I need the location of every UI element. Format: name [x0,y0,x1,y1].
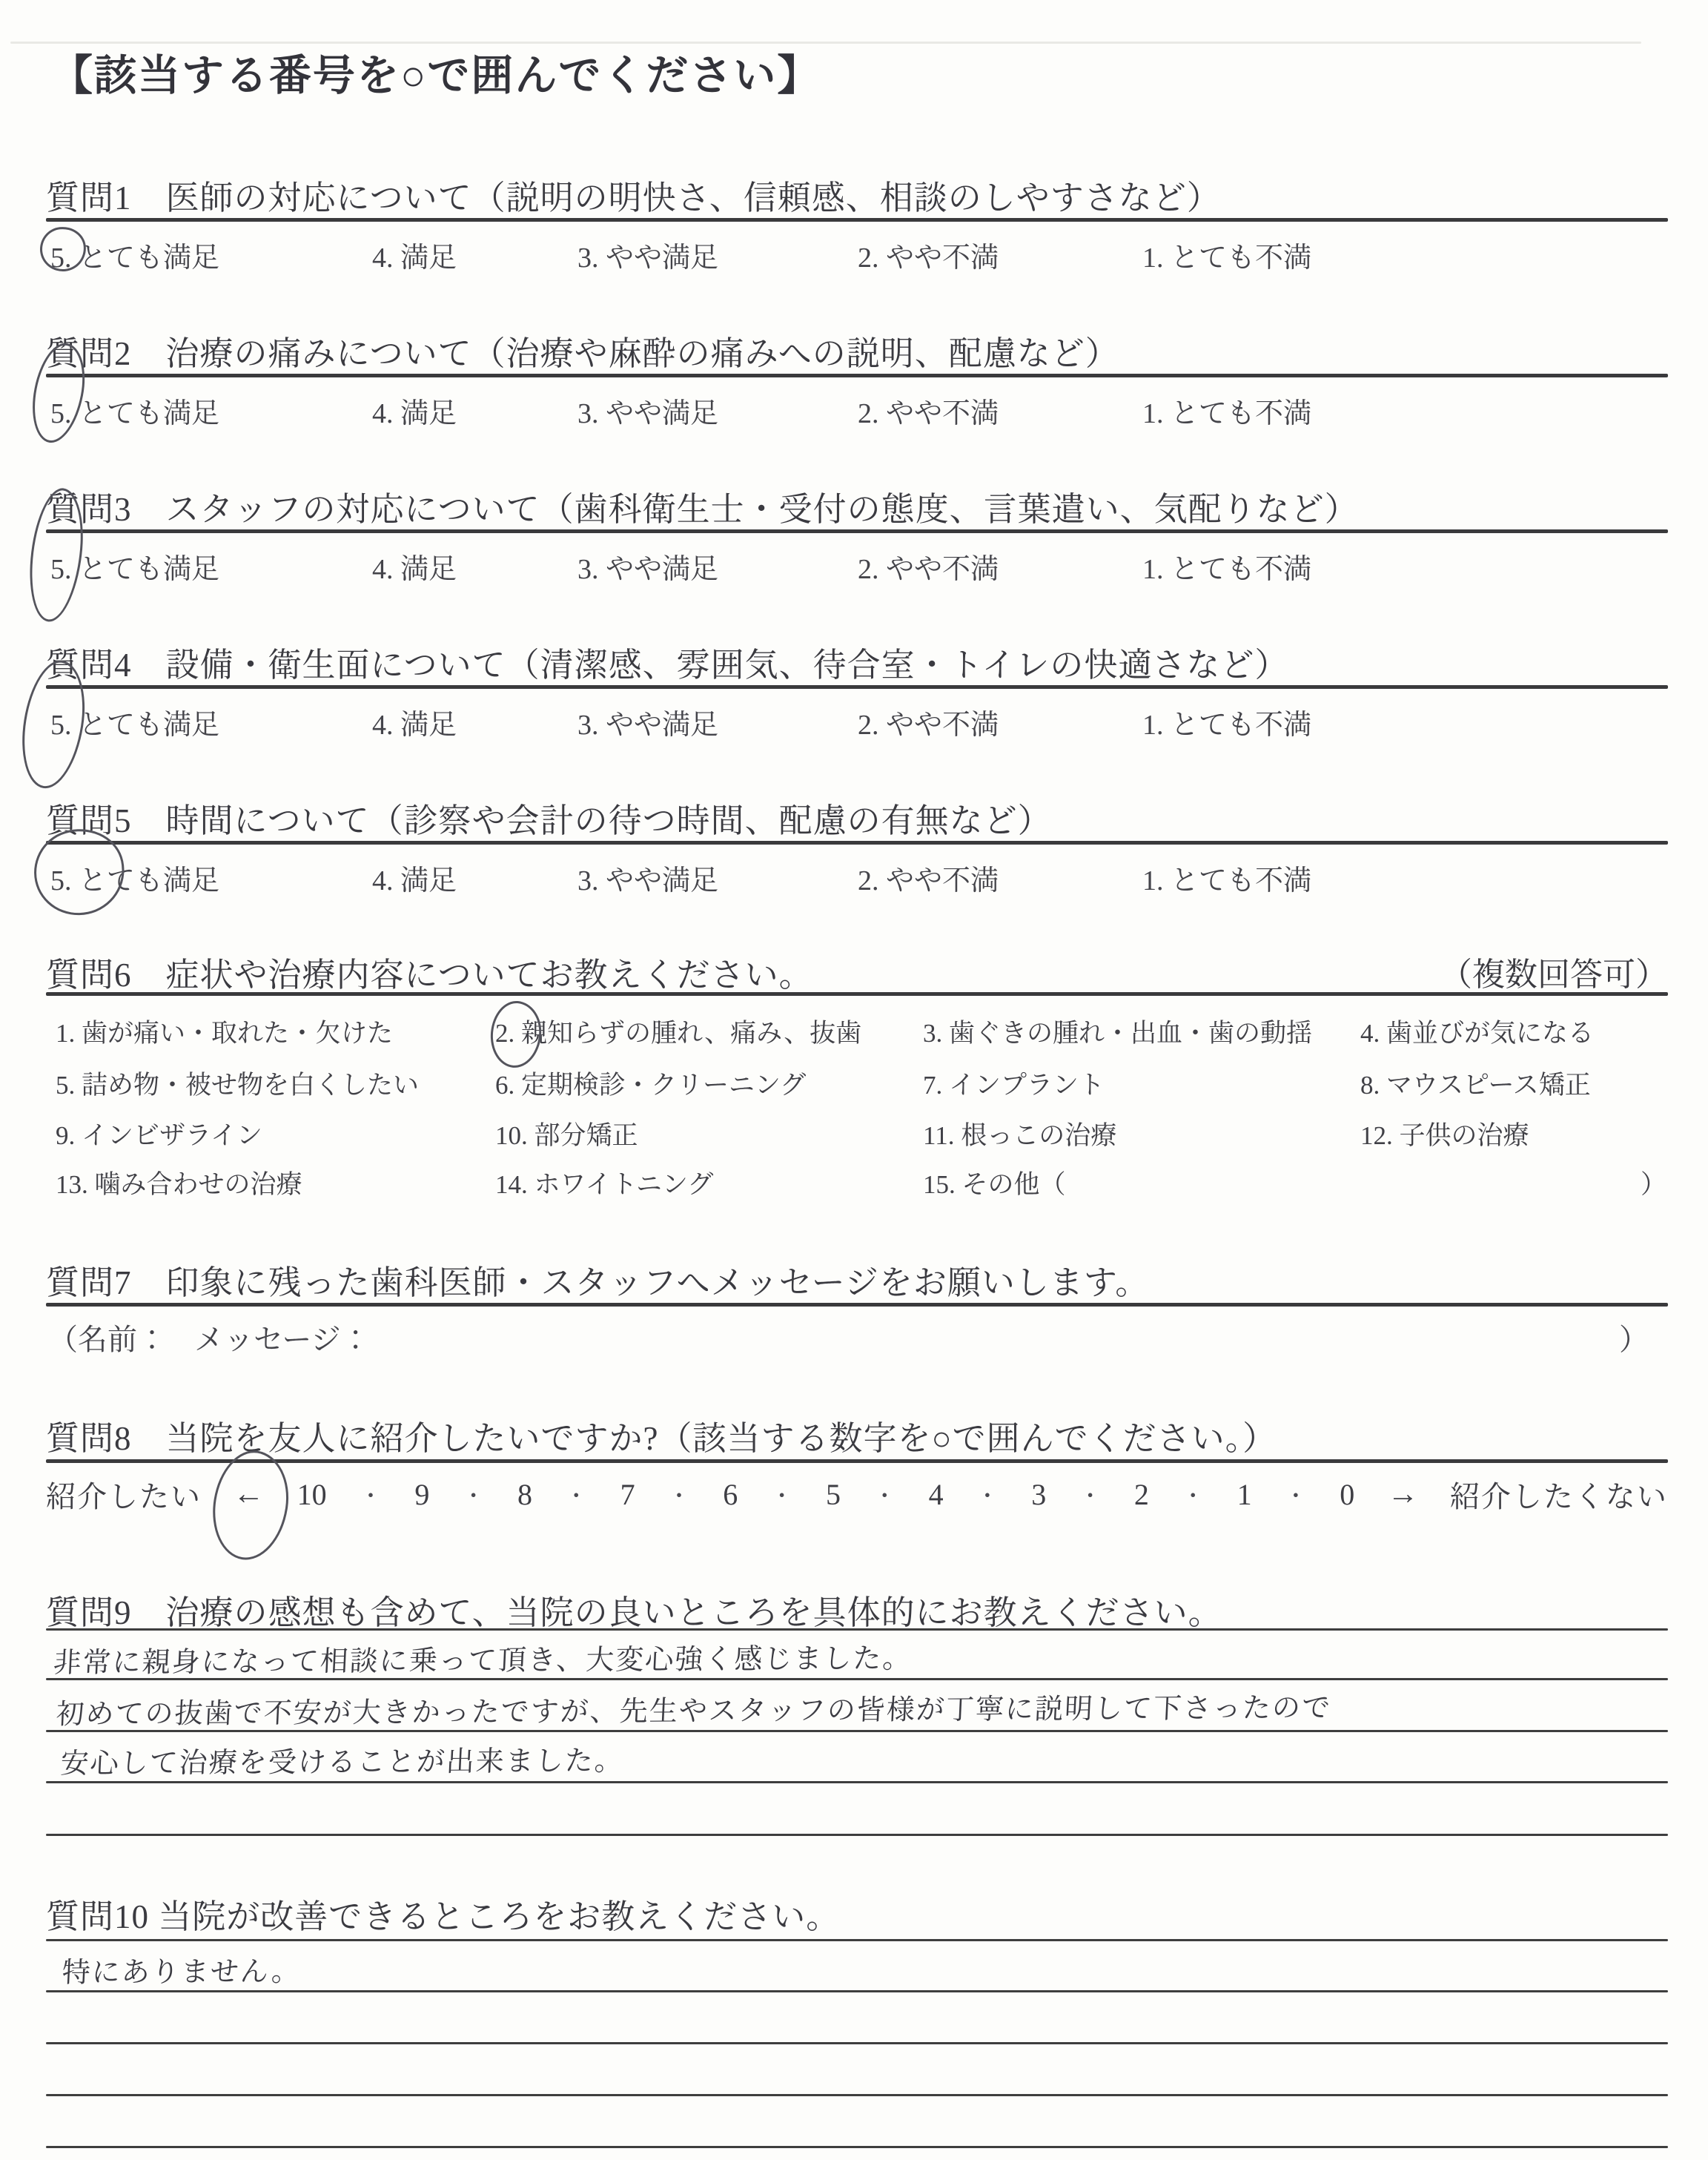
scale-dot: ・ [1182,1478,1204,1510]
question-6-block: 質問6 症状や治療内容についてお教えください。 （複数回答可） 1. 歯が痛い・… [46,948,1668,1222]
survey-scan-page: 【該当する番号を○で囲んでください】 質問1 医師の対応について（説明の明快さ、… [0,0,1708,2160]
multiple-answers-note: （複数回答可） [1440,948,1668,995]
answer-line [46,1628,1668,1631]
question-1-block: 質問1 医師の対応について（説明の明快さ、信頼感、相談のしやすさなど） 5. と… [46,171,1668,289]
question-8-divider [46,1459,1668,1463]
message-field-label: メッセージ： [194,1316,371,1358]
q6-item-13: 13. 噛み合わせの治療 [56,1164,302,1201]
q6-item-4: 4. 歯並びが気になる [1360,1013,1594,1050]
question-2-block: 質問2 治療の痛みについて（治療や麻酔の痛みへの説明、配慮など） 5. とても満… [46,326,1668,445]
answer-line [46,2042,1668,2044]
answer-line [46,2094,1668,2096]
q6-item-14: 14. ホワイトニング [495,1164,713,1201]
question-1-header: 質問1 医師の対応について（説明の明快さ、信頼感、相談のしやすさなど） [46,171,1221,219]
option-satisfied: 4. 満足 [372,390,457,431]
scale-3: 3 [1030,1477,1047,1512]
question-2-options: 5. とても満足 4. 満足 3. やや満足 2. やや不満 1. とても不満 [46,390,1668,427]
scale-dot: ・ [1079,1478,1102,1510]
answer-line [46,1781,1668,1783]
q6-item-10: 10. 部分矯正 [495,1115,638,1152]
option-satisfied: 4. 満足 [372,857,457,898]
handwritten-answer: 特にありません。 [62,1948,302,1990]
question-3-options: 5. とても満足 4. 満足 3. やや満足 2. やや不満 1. とても不満 [46,546,1668,583]
option-somewhat-dissatisfied: 2. やや不満 [858,234,999,275]
option-very-dissatisfied: 1. とても不満 [1142,234,1311,275]
option-somewhat-dissatisfied: 2. やや不満 [858,390,999,431]
scale-2: 2 [1133,1477,1151,1512]
scale-5: 5 [824,1477,842,1512]
answer-line [46,1939,1668,1941]
question-7-block: 質問7 印象に残った歯科医師・スタッフへメッセージをお願いします。 （名前： メ… [46,1255,1668,1367]
question-6-row-1: 1. 歯が痛い・取れた・欠けた 2. 親知らずの腫れ、痛み、抜歯 3. 歯ぐきの… [46,1013,1668,1053]
option-very-dissatisfied: 1. とても不満 [1142,701,1311,742]
page-title: 【該当する番号を○で囲んでください】 [50,42,821,102]
scale-dot: ・ [360,1478,382,1510]
question-5-divider [46,841,1668,845]
option-somewhat-satisfied: 3. やや満足 [577,546,718,587]
question-2-divider [46,374,1668,377]
scale-left-label: 紹介したい [46,1473,202,1516]
option-somewhat-satisfied: 3. やや満足 [577,390,718,431]
scale-dot: ・ [873,1478,896,1510]
question-10-header: 質問10 当院が改善できるところをお教えください。 [46,1889,840,1938]
q6-item-1: 1. 歯が痛い・取れた・欠けた [56,1013,393,1050]
q6-item-6: 6. 定期検診・クリーニング [495,1065,806,1102]
q7-close-paren: ） [1619,1316,1649,1358]
question-5-header: 質問5 時間について（診察や会計の待つ時間、配慮の有無など） [46,793,1052,842]
option-very-dissatisfied: 1. とても不満 [1142,857,1311,898]
answer-line [46,1834,1668,1836]
scale-1: 1 [1236,1477,1254,1512]
scale-9: 9 [413,1477,431,1512]
q6-item-5: 5. 詰め物・被せ物を白くしたい [56,1065,419,1102]
option-satisfied: 4. 満足 [372,546,457,587]
option-satisfied: 4. 満足 [372,234,457,275]
question-9-block: 質問9 治療の感想も含めて、当院の良いところを具体的にお教えください。 非常に親… [46,1585,1668,1845]
question-4-options: 5. とても満足 4. 満足 3. やや満足 2. やや不満 1. とても不満 [46,701,1668,739]
option-somewhat-dissatisfied: 2. やや不満 [858,546,999,587]
option-very-dissatisfied: 1. とても不満 [1142,390,1311,431]
handwritten-answer-line-2: 初めての抜歯で不安が大きかったですが、先生やスタッフの皆様が丁寧に説明して下さっ… [55,1684,1332,1731]
question-2-header: 質問2 治療の痛みについて（治療や麻酔の痛みへの説明、配慮など） [46,326,1119,374]
question-6-divider [46,992,1668,996]
option-somewhat-dissatisfied: 2. やや不満 [858,701,999,742]
question-6-row-2: 5. 詰め物・被せ物を白くしたい 6. 定期検診・クリーニング 7. インプラン… [46,1065,1668,1105]
option-somewhat-satisfied: 3. やや満足 [577,234,718,275]
scale-7: 7 [619,1477,637,1512]
q6-item-7: 7. インプラント [923,1065,1105,1102]
q6-item-11: 11. 根っこの治療 [923,1115,1116,1152]
question-4-divider [46,685,1668,689]
question-8-header: 質問8 当院を友人に紹介したいですか?（該当する数字を○で囲んでください。） [46,1411,1277,1459]
q6-item-12: 12. 子供の治療 [1360,1115,1529,1152]
question-4-header: 質問4 設備・衛生面について（清潔感、雰囲気、待合室・トイレの快適さなど） [46,638,1288,686]
question-5-options: 5. とても満足 4. 満足 3. やや満足 2. やや不満 1. とても不満 [46,857,1668,894]
q6-other-close-paren: ） [1641,1164,1666,1201]
name-field-label: （名前： [48,1316,167,1358]
question-7-fields: （名前： メッセージ： ） [46,1316,1668,1353]
handwritten-answer-line-1: 非常に親身になって相談に乗って頂き、大変心強く感じました。 [53,1635,913,1680]
answer-line [46,2146,1668,2148]
question-5-block: 質問5 時間について（診察や会計の待つ時間、配慮の有無など） 5. とても満足 … [46,793,1668,912]
scale-4: 4 [927,1477,945,1512]
question-9-header: 質問9 治療の感想も含めて、当院の良いところを具体的にお教えください。 [46,1585,1222,1634]
question-1-divider [46,218,1668,222]
option-satisfied: 4. 満足 [372,701,457,742]
q6-item-8: 8. マウスピース矯正 [1360,1065,1591,1102]
question-3-divider [46,529,1668,533]
option-somewhat-satisfied: 3. やや満足 [577,857,718,898]
question-6-row-4: 13. 噛み合わせの治療 14. ホワイトニング 15. その他（ ） [46,1164,1668,1204]
q6-item-3: 3. 歯ぐきの腫れ・出血・歯の動揺 [923,1013,1312,1050]
scale-dot: ・ [565,1478,587,1510]
right-arrow-icon: → [1388,1476,1419,1512]
q6-item-2: 2. 親知らずの腫れ、痛み、抜歯 [495,1013,861,1050]
option-somewhat-satisfied: 3. やや満足 [577,701,718,742]
question-3-header: 質問3 スタッフの対応について（歯科衛生士・受付の態度、言葉遣い、気配りなど） [46,482,1359,530]
scale-8: 8 [516,1477,534,1512]
question-6-row-3: 9. インビザライン 10. 部分矯正 11. 根っこの治療 12. 子供の治療 [46,1115,1668,1155]
scale-dot: ・ [1285,1478,1307,1510]
option-very-dissatisfied: 1. とても不満 [1142,546,1311,587]
scale-dot: ・ [976,1478,999,1510]
scale-0: 0 [1338,1477,1356,1512]
question-6-header: 質問6 症状や治療内容についてお教えください。 [46,948,813,996]
question-10-block: 質問10 当院が改善できるところをお教えください。 特にありません。 [46,1889,1668,2156]
answer-line [46,1678,1668,1680]
scale-10: 10 [296,1477,328,1512]
q6-item-15: 15. その他（ [923,1164,1066,1201]
question-4-block: 質問4 設備・衛生面について（清潔感、雰囲気、待合室・トイレの快適さなど） 5.… [46,638,1668,756]
question-3-block: 質問3 スタッフの対応について（歯科衛生士・受付の態度、言葉遣い、気配りなど） … [46,482,1668,601]
question-8-block: 質問8 当院を友人に紹介したいですか?（該当する数字を○で囲んでください。） 紹… [46,1411,1668,1537]
scale-6: 6 [721,1477,739,1512]
scale-dot: ・ [668,1478,690,1510]
answer-line [46,1730,1668,1732]
scale-dot: ・ [771,1478,793,1510]
answer-line [46,1990,1668,1992]
question-7-divider [46,1303,1668,1307]
scale-dot: ・ [463,1478,485,1510]
scale-right-label: 紹介したくない [1450,1473,1668,1516]
question-7-header: 質問7 印象に残った歯科医師・スタッフへメッセージをお願いします。 [46,1255,1149,1304]
question-1-options: 5. とても満足 4. 満足 3. やや満足 2. やや不満 1. とても不満 [46,234,1668,271]
recommend-scale: 紹介したい ← 10 ・ 9 ・ 8 ・ 7 ・ 6 ・ 5 ・ 4 ・ 3 ・… [46,1473,1668,1515]
q6-item-9: 9. インビザライン [56,1115,262,1152]
handwritten-answer-line-3: 安心して治療を受けることが出来ました。 [60,1737,626,1781]
option-somewhat-dissatisfied: 2. やや不満 [858,857,999,898]
